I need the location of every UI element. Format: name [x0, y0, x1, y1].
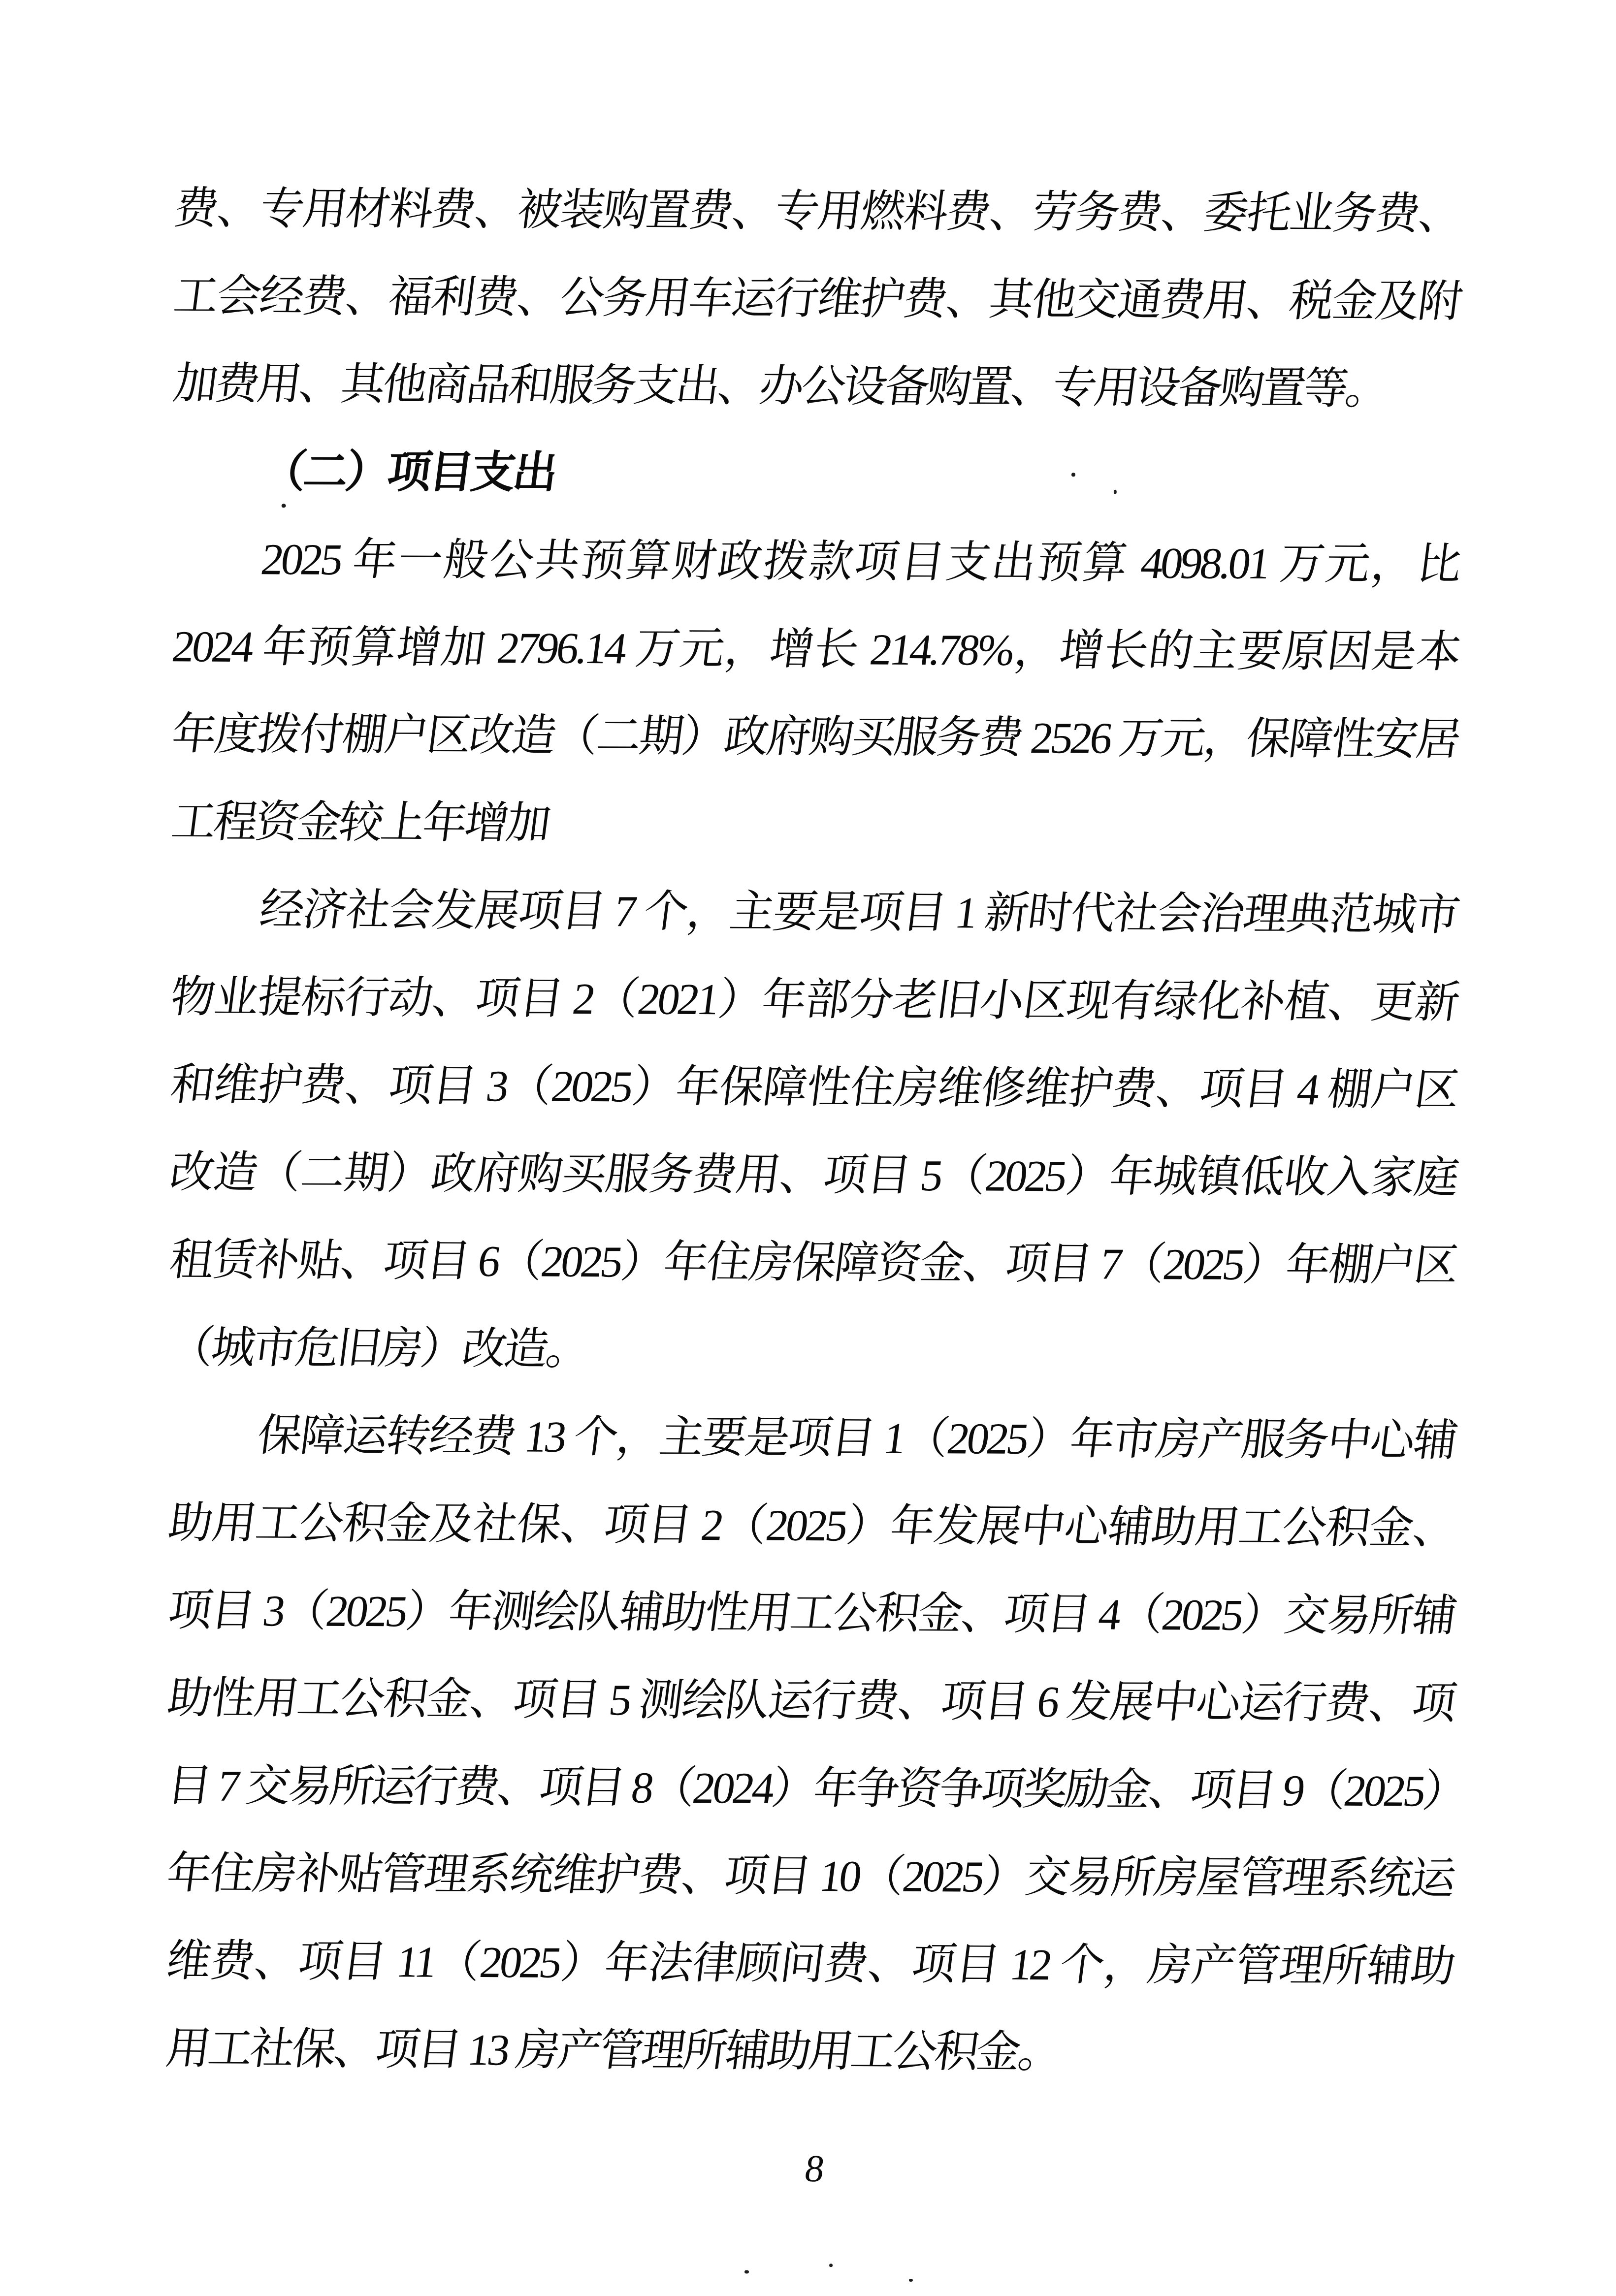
text-line: 租赁补贴、项目 6（2025）年住房保障资金、项目 7（2025）年棚户区 [164, 1216, 1462, 1309]
text-line: 物业提标行动、项目 2（2021）年部分老旧小区现有绿化补植、更新 [165, 954, 1463, 1047]
text-line: 助性用工公积金、项目 5 测绘队运行费、项目 6 发展中心运行费、项 [162, 1655, 1460, 1748]
text-line: 2024 年预算增加 2796.14 万元，增长 214.78%，增长的主要原因… [167, 603, 1464, 696]
text-line: 保障运转经费 13 个，主要是项目 1（2025）年市房产服务中心辅 [163, 1392, 1461, 1485]
text-line: 年住房补贴管理系统维护费、项目 10（2025）交易所房屋管理系统运 [162, 1830, 1459, 1923]
text-line: 和维护费、项目 3（2025）年保障性住房维修维护费、项目 4 棚户区 [165, 1041, 1462, 1134]
body-text: 费、专用材料费、被装购置费、专用燃料费、劳务费、委托业务费、 工会经费、福利费、… [161, 165, 1455, 2098]
text-line: 目 7 交易所运行费、项目 8（2024）年争资争项奖励金、项目 9（2025） [162, 1742, 1459, 1835]
page-number: 8 [0, 2128, 1616, 2209]
scan-speck [1071, 473, 1075, 477]
scan-speck [1114, 490, 1117, 494]
text-line: 费、专用材料费、被装购置费、专用燃料费、劳务费、委托业务费、 [169, 165, 1466, 258]
text-line: 维费、项目 11（2025）年法律顾问费、项目 12 个，房产管理所辅助 [161, 1917, 1458, 2010]
text-line: 项目 3（2025）年测绘队辅助性用工公积金、项目 4（2025）交易所辅 [162, 1567, 1460, 1660]
text-line: 加费用、其他商品和服务支出、办公设备购置、专用设备购置等。 [168, 340, 1465, 433]
text-line: 年度拨付棚户区改造（二期）政府购买服务费 2526 万元，保障性安居 [166, 691, 1464, 784]
scan-speck [282, 504, 286, 508]
text-line: （城市危旧房）改造。 [164, 1304, 1461, 1397]
scan-speck [744, 2270, 749, 2273]
scan-speck [829, 2264, 833, 2267]
text-line: 经济社会发展项目 7 个，主要是项目 1 新时代社会治理典范城市 [166, 866, 1463, 959]
text-line: 2025 年一般公共预算财政拨款项目支出预算 4098.01 万元，比 [167, 515, 1465, 608]
text-line: 工程资金较上年增加 [166, 778, 1463, 871]
section-heading: （二）项目支出 [168, 428, 1465, 521]
document-page: 费、专用材料费、被装购置费、专用燃料费、劳务费、委托业务费、 工会经费、福利费、… [0, 0, 1616, 2296]
scan-speck [909, 2279, 913, 2282]
text-line: 用工社保、项目 13 房产管理所辅助用工公积金。 [161, 2005, 1458, 2098]
text-line: 助用工公积金及社保、项目 2（2025）年发展中心辅助用工公积金、 [163, 1479, 1460, 1572]
text-line: 工会经费、福利费、公务用车运行维护费、其他交通费用、税金及附 [168, 253, 1466, 346]
text-line: 改造（二期）政府购买服务费用、项目 5（2025）年城镇低收入家庭 [164, 1129, 1462, 1222]
